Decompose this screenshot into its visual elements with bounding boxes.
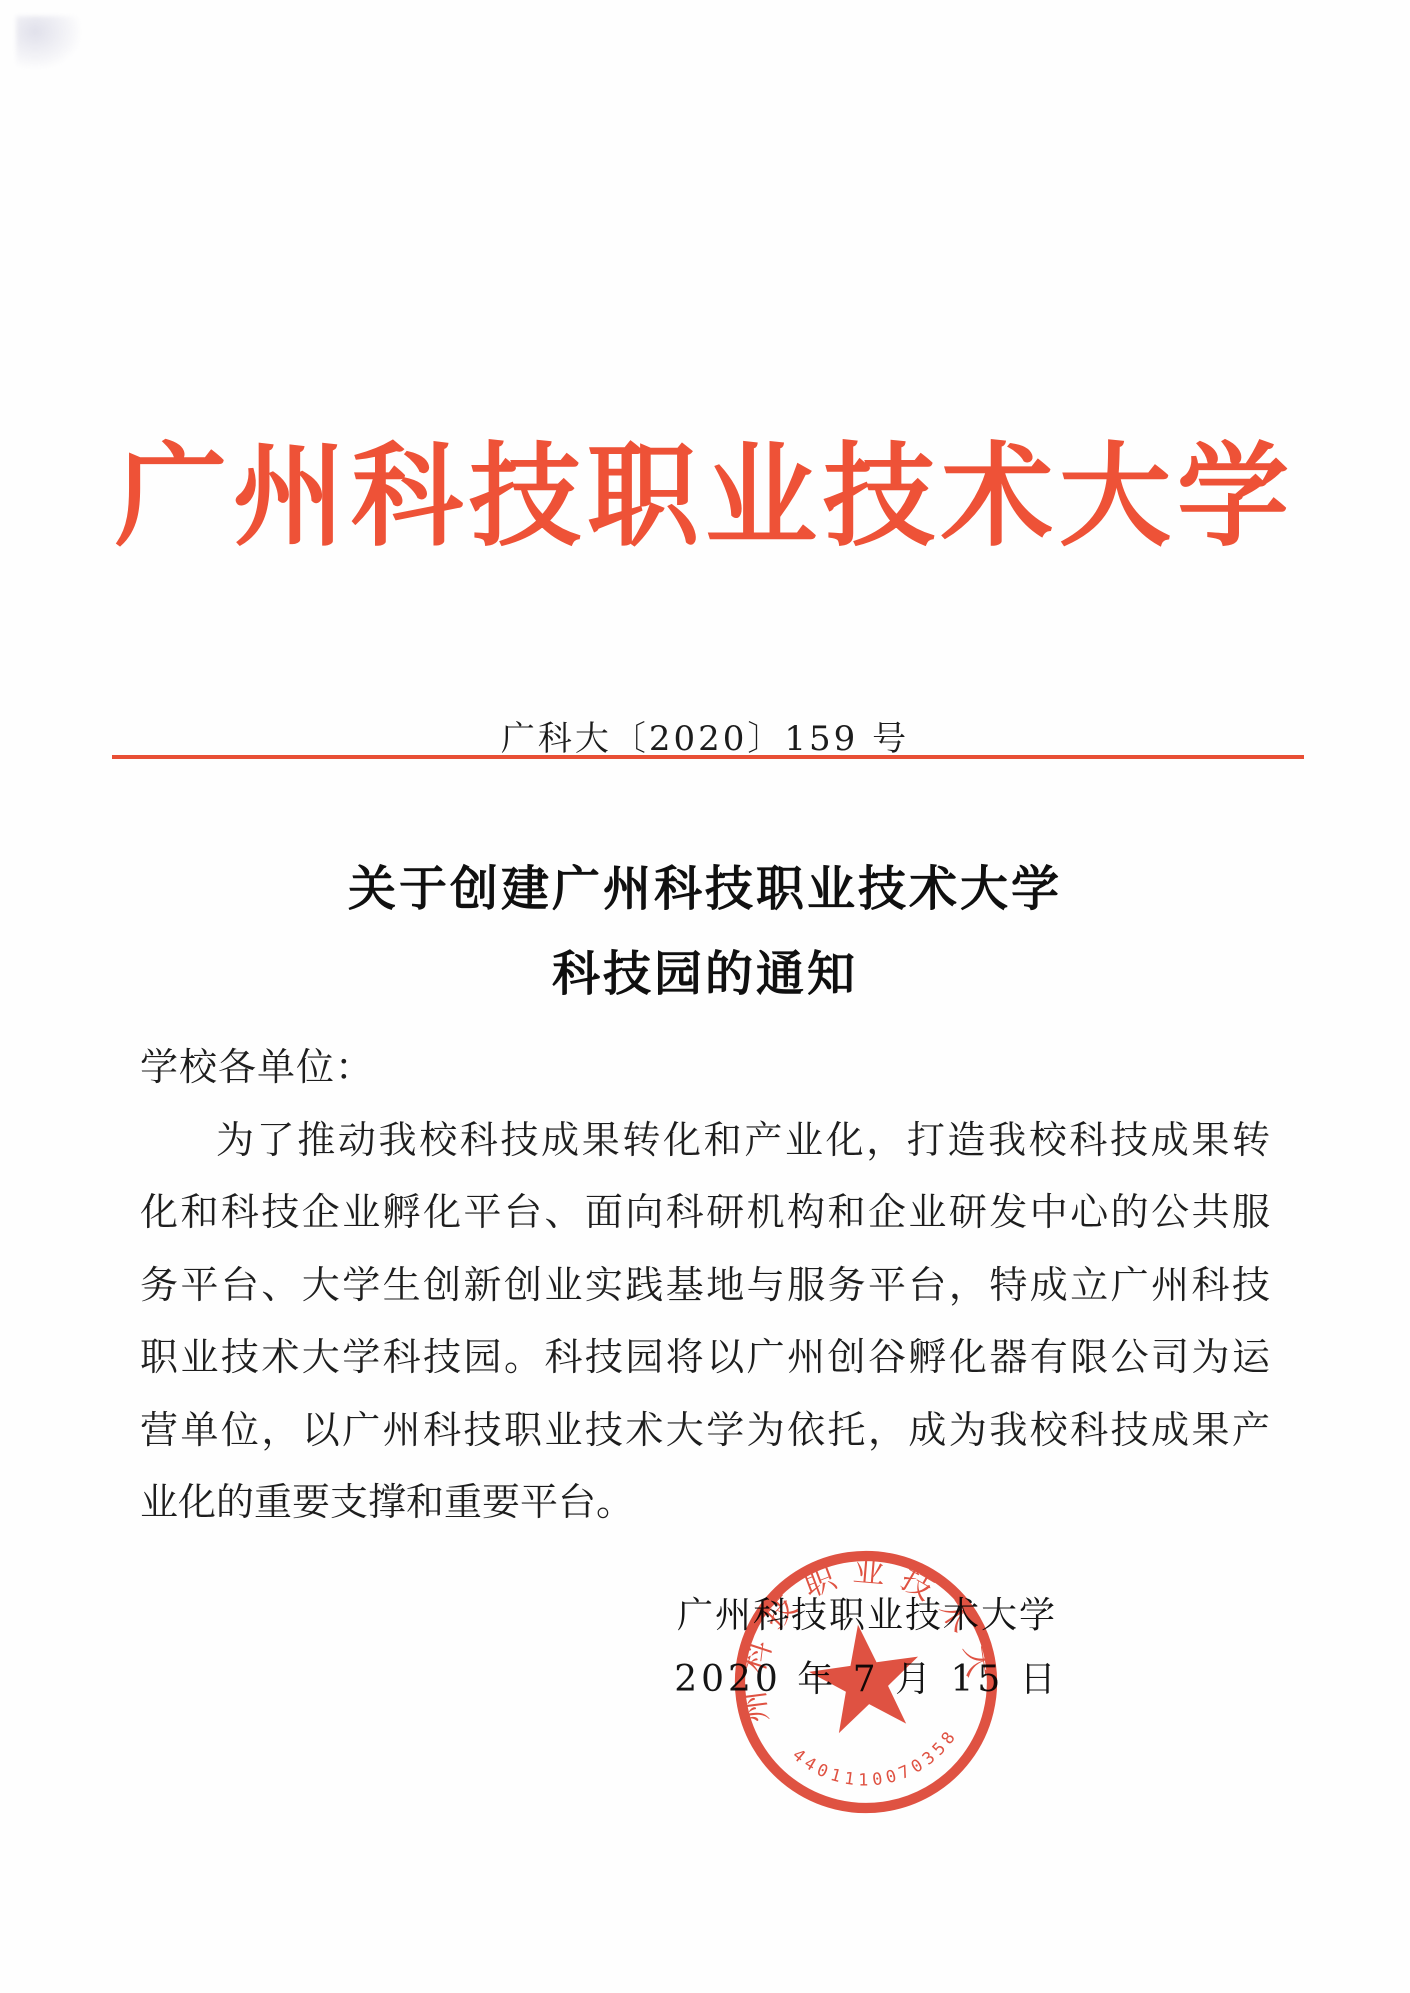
notice-title: 关于创建广州科技职业技术大学 科技园的通知 [0, 847, 1410, 1017]
salutation: 学校各单位： [140, 1031, 1270, 1104]
body-line: 业化的重要支撑和重要平台。 [140, 1466, 1270, 1539]
red-separator-rule [112, 755, 1304, 759]
document-page: 广州科技职业技术大学 广科大〔2020〕159 号 关于创建广州科技职业技术大学… [0, 0, 1410, 1993]
seal-group: 广州科技职业技术大学 4401110070358 [726, 1542, 1006, 1822]
official-seal: 广州科技职业技术大学 4401110070358 [726, 1542, 1006, 1822]
scan-smudge-artifact [16, 16, 80, 68]
body-line: 务平台、大学生创新创业实践基地与服务平台，特成立广州科技 [140, 1249, 1270, 1322]
letterhead-title: 广州科技职业技术大学 [0, 432, 1410, 562]
body-line: 职业技术大学科技园。科技园将以广州创谷孵化器有限公司为运 [140, 1321, 1270, 1394]
notice-title-line2: 科技园的通知 [0, 932, 1410, 1017]
body-line: 化和科技企业孵化平台、面向科研机构和企业研发中心的公共服 [140, 1176, 1270, 1249]
notice-body: 学校各单位： 为了推动我校科技成果转化和产业化，打造我校科技成果转 化和科技企业… [140, 1031, 1270, 1539]
body-line: 为了推动我校科技成果转化和产业化，打造我校科技成果转 [140, 1104, 1270, 1177]
body-line: 营单位，以广州科技职业技术大学为依托，成为我校科技成果产 [140, 1394, 1270, 1467]
document-number: 广科大〔2020〕159 号 [0, 719, 1410, 759]
notice-title-line1: 关于创建广州科技职业技术大学 [0, 847, 1410, 932]
seal-star-icon [803, 1617, 927, 1736]
